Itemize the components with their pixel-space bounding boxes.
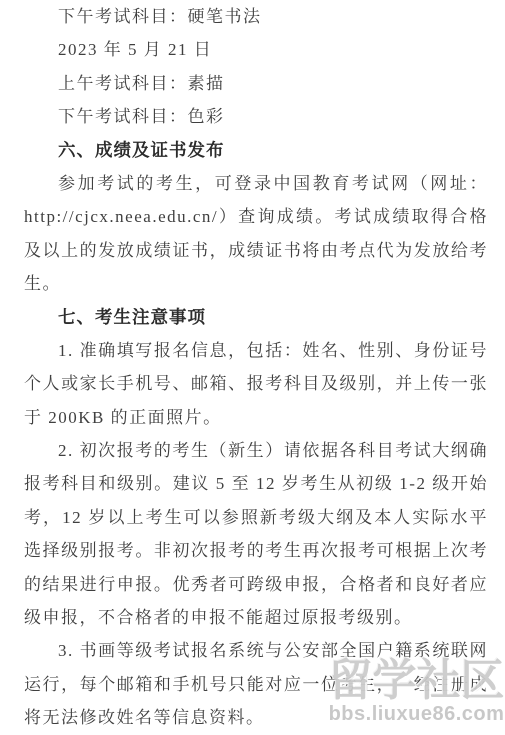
document-line: 3. 书画等级考试报名系统与公安部全国户籍系统联网 [24,634,488,667]
document-line: 2023 年 5 月 21 日 [24,33,488,66]
document-line: 报考科目和级别。建议 5 至 12 岁考生从初级 1-2 级开始报 [24,467,488,500]
document-line: 考，12 岁以上考生可以参照新考级大纲及本人实际水平任意 [24,501,488,534]
document-line: 及以上的发放成绩证书，成绩证书将由考点代为发放给考 [24,234,488,267]
document-line: 于 200KB 的正面照片。 [24,401,488,434]
document-line: 上午考试科目：素描 [24,67,488,100]
document-line: 1. 准确填写报名信息，包括：姓名、性别、身份证号码、 [24,334,488,367]
document-line: 参加考试的考生，可登录中国教育考试网（网址： [24,167,488,200]
document-page: 下午考试科目：硬笔书法2023 年 5 月 21 日上午考试科目：素描下午考试科… [0,0,505,735]
document-line: 运行，每个邮箱和手机号只能对应一位考生，一经注册成功 [24,668,488,701]
document-line: 2. 初次报考的考生（新生）请依据各科目考试大纲确定 [24,434,488,467]
document-line: http://cjcx.neea.edu.cn/）查询成绩。考试成绩取得合格 [24,200,488,233]
document-line: 将无法修改姓名等信息资料。 [24,701,488,734]
document-line: 个人或家长手机号、邮箱、报考科目及级别，并上传一张小 [24,367,488,400]
document-line: 选择级别报考。非初次报考的考生再次报考可根据上次考试 [24,534,488,567]
document-line: 下午考试科目：硬笔书法 [24,0,488,33]
document-line: 级申报，不合格者的申报不能超过原报考级别。 [24,601,488,634]
document-line: 的结果进行申报。优秀者可跨级申报，合格者和良好者应逐 [24,568,488,601]
document-line: 下午考试科目：色彩 [24,100,488,133]
document-line: 生。 [24,267,488,300]
document-lines: 下午考试科目：硬笔书法2023 年 5 月 21 日上午考试科目：素描下午考试科… [24,0,488,735]
section-heading: 七、考生注意事项 [24,301,488,334]
section-heading: 六、成绩及证书发布 [24,134,488,167]
